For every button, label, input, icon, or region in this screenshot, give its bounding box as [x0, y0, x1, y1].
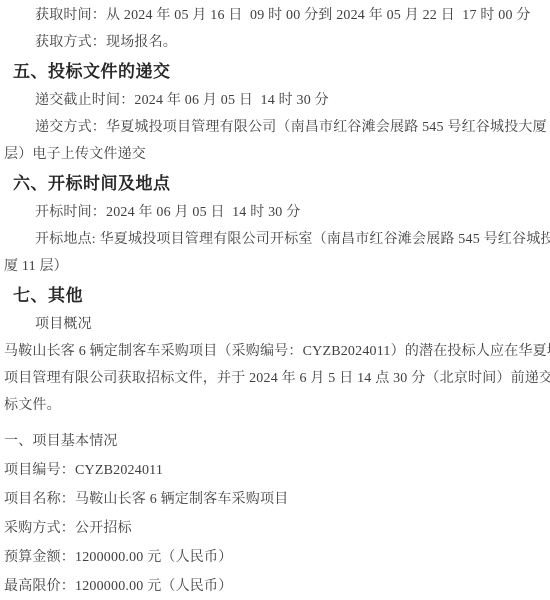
project-overview-line-2: 项目管理有限公司获取招标文件，并于 2024 年 6 月 5 日 14 点 30…	[4, 365, 548, 392]
bid-opening-place-line-2: 厦 11 层）	[4, 253, 548, 280]
bid-opening-time-line: 开标时间：2024 年 06 月 05 日 14 时 30 分	[4, 199, 548, 226]
project-overview-label: 项目概况	[4, 311, 548, 338]
section5-heading: 五、投标文件的递交	[4, 57, 548, 87]
project-number-line: 项目编号：CYZB2024011	[4, 456, 548, 485]
project-basic-info-heading: 一、项目基本情况	[4, 427, 548, 456]
acquisition-time-line: 获取时间：从 2024 年 05 月 16 日 09 时 00 分到 2024 …	[4, 2, 548, 29]
submission-method-line-2: 层）电子上传文件递交	[4, 141, 548, 168]
tender-document-page: 获取时间：从 2024 年 05 月 16 日 09 时 00 分到 2024 …	[0, 0, 550, 600]
acquisition-method-line: 获取方式：现场报名。	[4, 29, 548, 56]
max-price-line: 最高限价：1200000.00 元（人民币）	[4, 572, 548, 600]
project-overview-line-1: 马鞍山长客 6 辆定制客车采购项目（采购编号：CYZB2024011）的潜在投标…	[4, 338, 548, 365]
section6-heading: 六、开标时间及地点	[4, 169, 548, 199]
submission-method-line-1: 递交方式：华夏城投项目管理有限公司（南昌市红谷滩会展路 545 号红谷城投大厦 …	[4, 114, 548, 141]
procurement-method-line: 采购方式：公开招标	[4, 514, 548, 543]
section7-heading: 七、其他	[4, 281, 548, 311]
project-name-line: 项目名称：马鞍山长客 6 辆定制客车采购项目	[4, 485, 548, 514]
bid-opening-place-line-1: 开标地点: 华夏城投项目管理有限公司开标室（南昌市红谷滩会展路 545 号红谷城…	[4, 226, 548, 253]
budget-amount-line: 预算金额：1200000.00 元（人民币）	[4, 543, 548, 572]
submission-deadline-line: 递交截止时间：2024 年 06 月 05 日 14 时 30 分	[4, 87, 548, 114]
project-overview-line-3: 标文件。	[4, 392, 548, 419]
